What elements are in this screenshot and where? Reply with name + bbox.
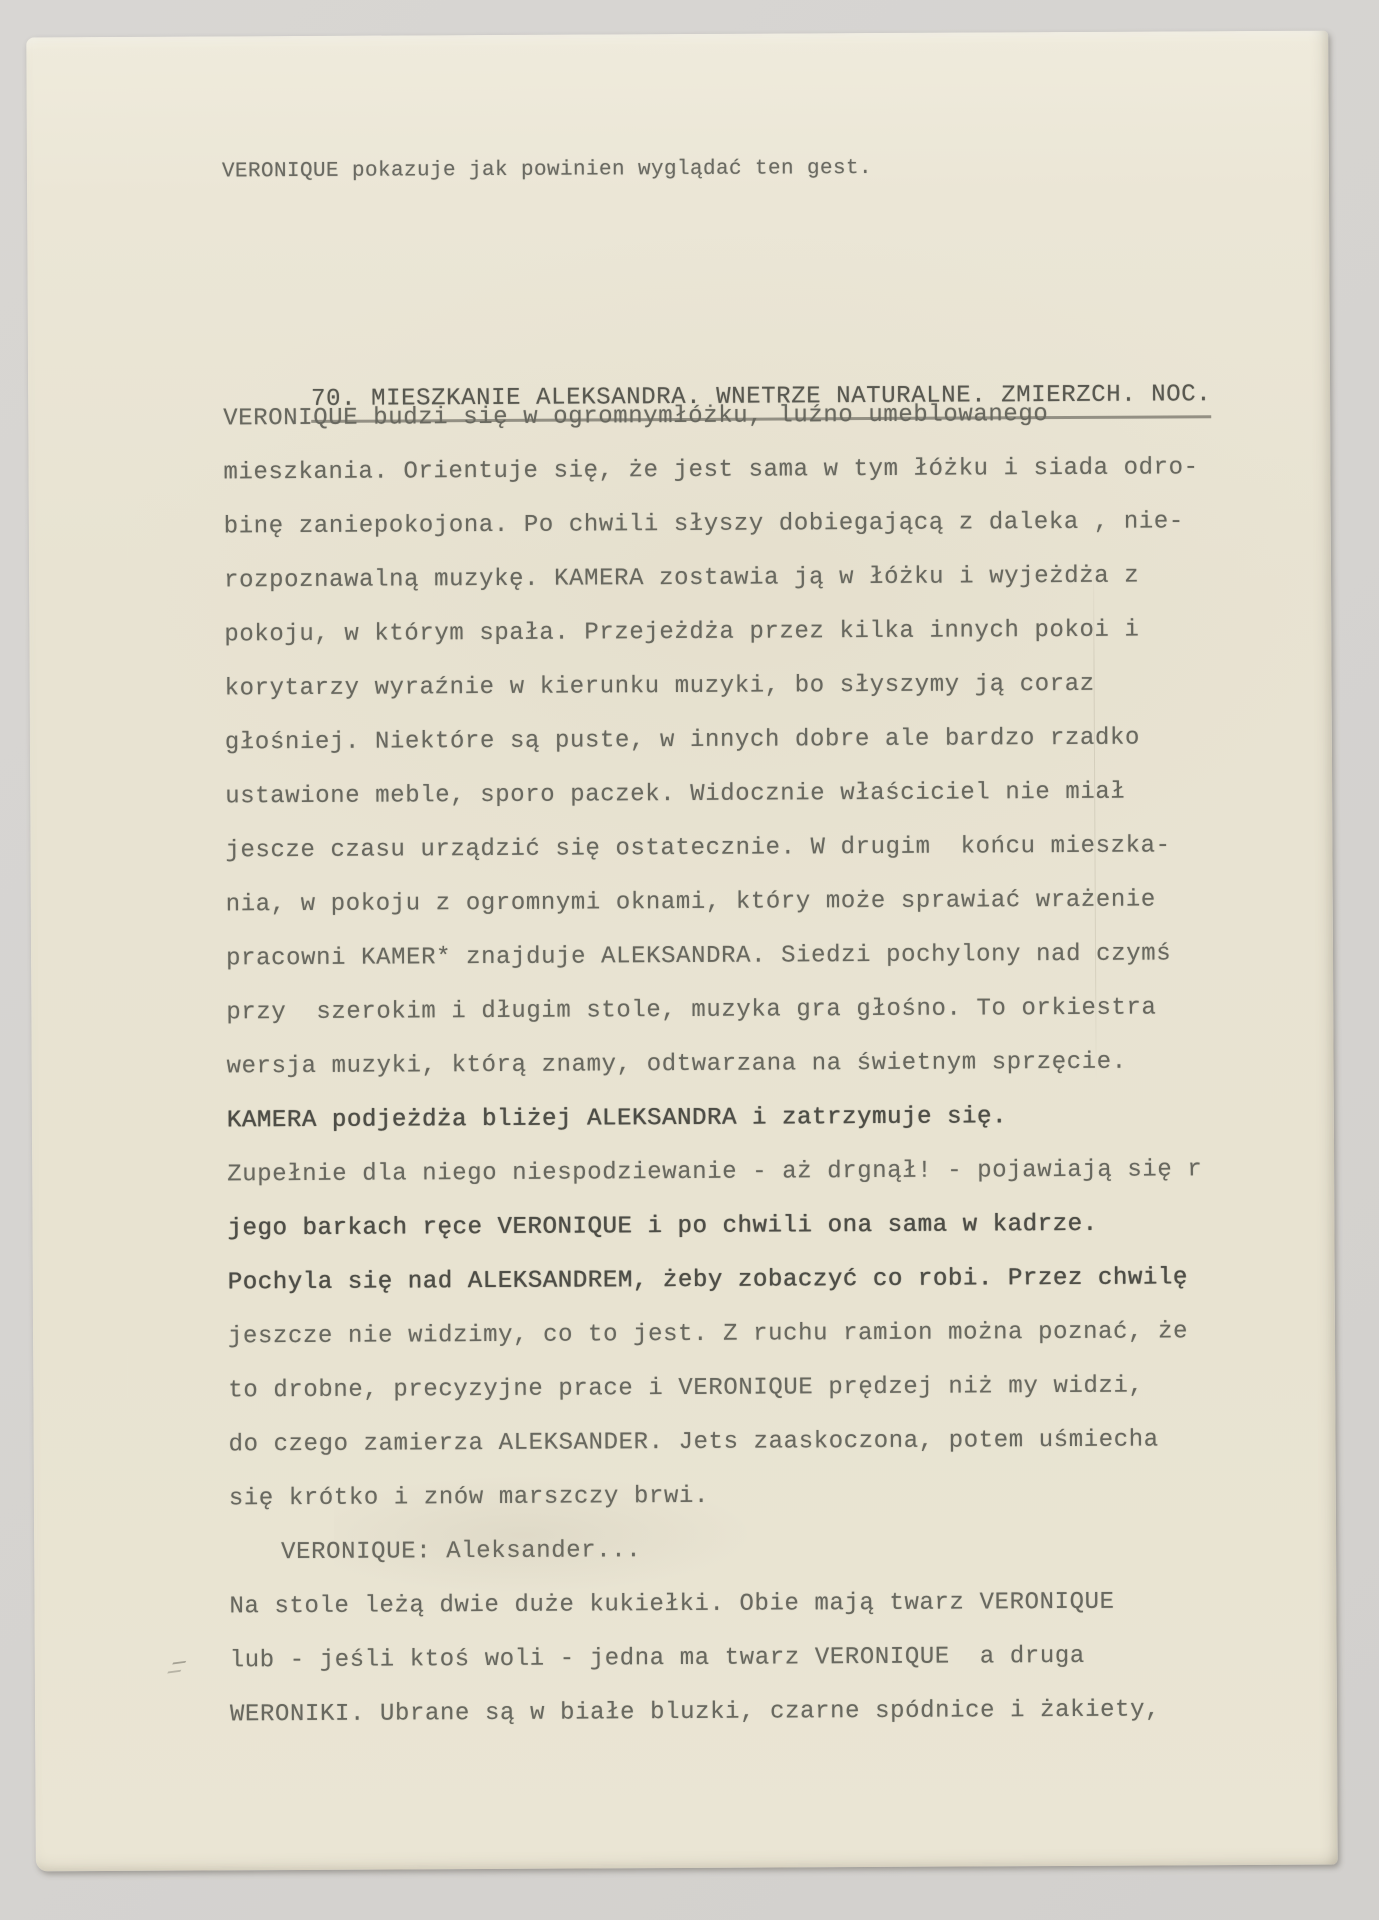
script-line: jeszcze nie widzimy, co to jest. Z ruchu… [228,1305,1203,1364]
script-line: pokoju, w którym spała. Przejeżdża przez… [224,603,1199,662]
script-line: głośniej. Niektóre są puste, w innych do… [225,711,1200,770]
script-line: przy szerokim i długim stole, muzyka gra… [226,981,1201,1040]
script-line: Zupełnie dla niego niespodziewanie - aż … [227,1143,1202,1202]
script-line: się krótko i znów marszczy brwi. [229,1467,1204,1526]
script-line: rozpoznawalną muzykę. KAMERA zostawia ją… [224,549,1199,608]
script-line: Pochyla się nad ALEKSANDREM, żeby zobacz… [228,1251,1203,1310]
script-line: binę zaniepokojona. Po chwili słyszy dob… [224,495,1199,554]
script-line: VERONIQUE: Aleksander... [229,1521,1204,1580]
script-line: nia, w pokoju z ogromnymi oknami, który … [226,873,1201,932]
typewritten-script-page: VERONIQUE pokazuje jak powinien wyglądać… [26,31,1338,1872]
script-line: VERONIQUE budzi się w ogromnymłóżku, luź… [223,387,1198,446]
scene-description: VERONIQUE budzi się w ogromnymłóżku, luź… [223,387,1205,1742]
script-line: wersja muzyki, którą znamy, odtwarzana n… [226,1035,1201,1094]
script-line: to drobne, precyzyjne prace i VERONIQUE … [228,1359,1203,1418]
scanner-background: VERONIQUE pokazuje jak powinien wyglądać… [0,0,1379,1920]
script-line: KAMERA podjeżdża bliżej ALEKSANDRA i zat… [227,1089,1202,1148]
script-line: do czego zamierza ALEKSANDER. Jets zaask… [228,1413,1203,1472]
script-line: pracowni KAMER* znajduje ALEKSANDRA. Sie… [226,927,1201,986]
script-line: korytarzy wyraźnie w kierunku muzyki, bo… [224,657,1199,716]
stray-ink-mark [167,1661,186,1674]
script-line: jego barkach ręce VERONIQUE i po chwili … [227,1197,1202,1256]
script-line: ustawione meble, sporo paczek. Widocznie… [225,765,1200,824]
script-line: WERONIKI. Ubrane są w białe bluzki, czar… [230,1683,1205,1742]
script-line: lub - jeśli ktoś woli - jedna ma twarz V… [230,1629,1205,1688]
action-line-intro: VERONIQUE pokazuje jak powinien wyglądać… [222,154,872,187]
script-line: mieszkania. Orientuje się, że jest sama … [223,441,1198,500]
script-line: jescze czasu urządzić się ostatecznie. W… [225,819,1200,878]
script-line: Na stole leżą dwie duże kukiełki. Obie m… [229,1575,1204,1634]
